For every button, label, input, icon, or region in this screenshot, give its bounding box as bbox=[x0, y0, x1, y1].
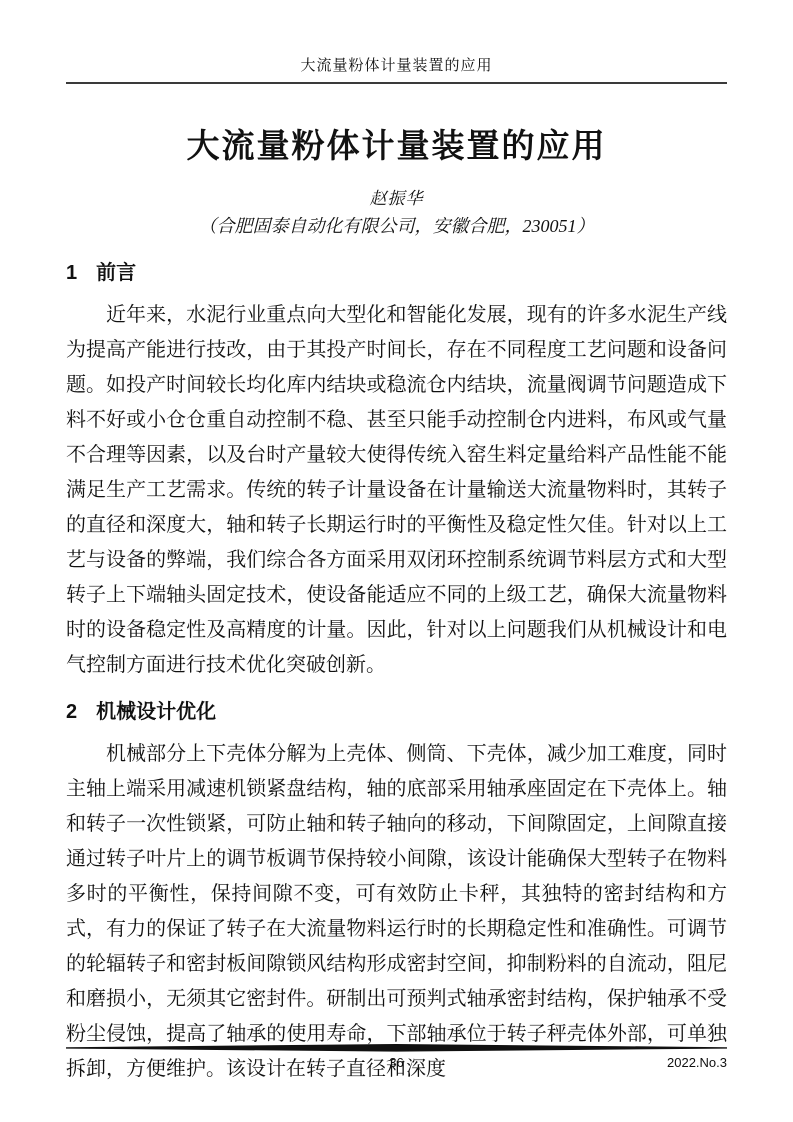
footer-text-row: 36 2022.No.3 bbox=[66, 1054, 727, 1071]
page-number: 36 bbox=[66, 1054, 727, 1071]
section-1-number: 1 bbox=[66, 261, 77, 285]
document-page: 大流量粉体计量装置的应用 大流量粉体计量装置的应用 赵振华 （合肥固泰自动化有限… bbox=[0, 0, 793, 1122]
section-1-paragraph: 近年来，水泥行业重点向大型化和智能化发展，现有的许多水泥生产线为提高产能进行技改… bbox=[66, 298, 727, 683]
running-header: 大流量粉体计量装置的应用 bbox=[66, 56, 727, 76]
section-1-heading: 1前言 bbox=[66, 261, 727, 285]
author-name: 赵振华 bbox=[66, 188, 727, 209]
section-2-number: 2 bbox=[66, 700, 77, 724]
issue-number: 2022.No.3 bbox=[667, 1054, 727, 1071]
section-1-title: 前言 bbox=[96, 262, 136, 284]
footer-tapered-rule bbox=[66, 1044, 727, 1052]
section-2-title: 机械设计优化 bbox=[96, 701, 216, 723]
section-2-heading: 2机械设计优化 bbox=[66, 700, 727, 724]
section-2-paragraph: 机械部分上下壳体分解为上壳体、侧筒、下壳体，减少加工难度，同时主轴上端采用减速机… bbox=[66, 737, 727, 1087]
author-affiliation: （合肥固泰自动化有限公司，安徽合肥，230051） bbox=[66, 215, 727, 237]
article-title: 大流量粉体计量装置的应用 bbox=[66, 126, 727, 166]
page-footer: 36 2022.No.3 bbox=[66, 1044, 727, 1071]
header-rule bbox=[66, 82, 727, 84]
